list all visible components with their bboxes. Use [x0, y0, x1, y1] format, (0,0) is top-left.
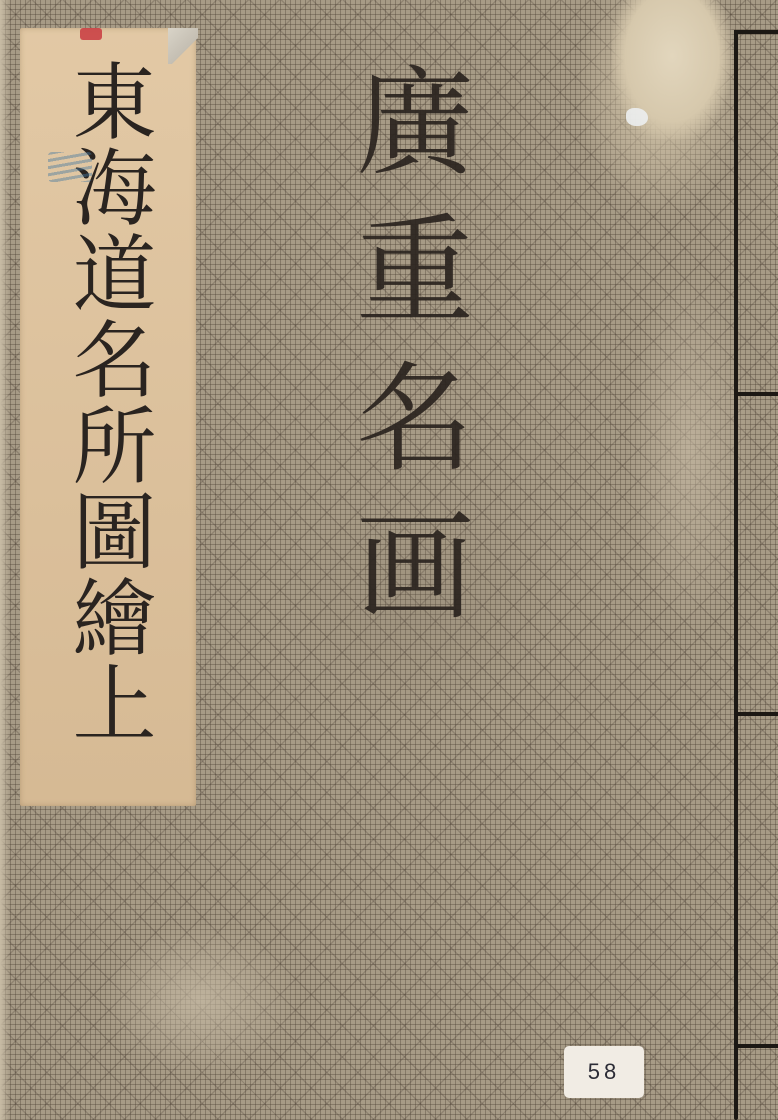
main-inscription: 廣重名画: [330, 60, 480, 700]
worn-left-edge: [0, 0, 10, 1120]
book-cover: 東海道名所圖繪上 廣重名画 58: [0, 0, 778, 1120]
shelf-number-label: 58: [564, 1046, 644, 1098]
abrasion-spot: [626, 108, 648, 126]
binding-spine: [734, 0, 778, 1120]
title-slip: 東海道名所圖繪上: [20, 28, 196, 806]
title-slip-text: 東海道名所圖繪上: [20, 58, 196, 818]
torn-slip-corner: [168, 28, 198, 64]
binding-tie: [734, 392, 778, 396]
binding-tie: [734, 30, 778, 34]
binding-tie: [734, 712, 778, 716]
binding-tie: [734, 1044, 778, 1048]
blue-stamp-mark: [48, 152, 92, 182]
red-seal-mark: [80, 28, 102, 40]
binding-thread: [734, 30, 738, 1120]
